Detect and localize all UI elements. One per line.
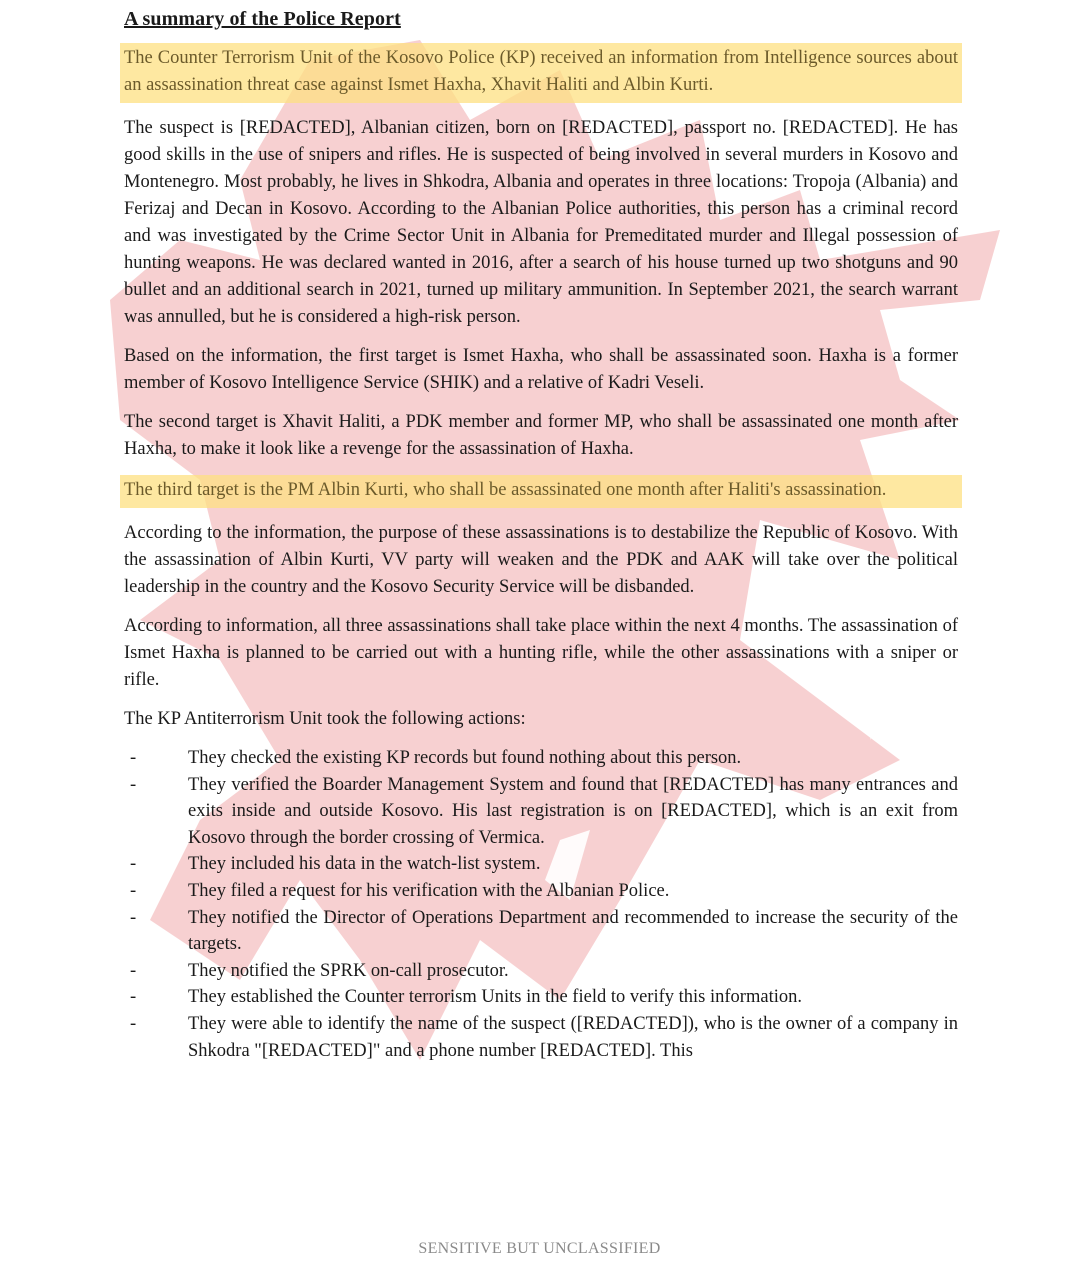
list-item: They filed a request for his verificatio… — [188, 878, 958, 905]
list-item: They included his data in the watch-list… — [188, 851, 958, 878]
first-target-paragraph: Based on the information, the first targ… — [124, 343, 958, 397]
actions-intro-paragraph: The KP Antiterrorism Unit took the follo… — [124, 706, 958, 733]
document-page: A summary of the Police Report The Count… — [124, 8, 958, 1064]
suspect-profile-paragraph: The suspect is [REDACTED], Albanian citi… — [124, 115, 958, 331]
document-title: A summary of the Police Report — [124, 8, 958, 31]
list-item: They were able to identify the name of t… — [188, 1011, 958, 1064]
list-item: They notified the Director of Operations… — [188, 905, 958, 958]
classification-footer: SENSITIVE BUT UNCLASSIFIED — [0, 1240, 1079, 1258]
actions-list: They checked the existing KP records but… — [124, 745, 958, 1064]
list-item: They verified the Boarder Management Sys… — [188, 772, 958, 852]
third-target-paragraph: The third target is the PM Albin Kurti, … — [120, 475, 962, 508]
list-item: They checked the existing KP records but… — [188, 745, 958, 772]
list-item: They notified the SPRK on-call prosecuto… — [188, 958, 958, 985]
list-item: They established the Counter terrorism U… — [188, 984, 958, 1011]
purpose-paragraph: According to the information, the purpos… — [124, 520, 958, 601]
second-target-paragraph: The second target is Xhavit Haliti, a PD… — [124, 409, 958, 463]
timeline-paragraph: According to information, all three assa… — [124, 613, 958, 694]
intel-summary-paragraph: The Counter Terrorism Unit of the Kosovo… — [120, 43, 962, 103]
